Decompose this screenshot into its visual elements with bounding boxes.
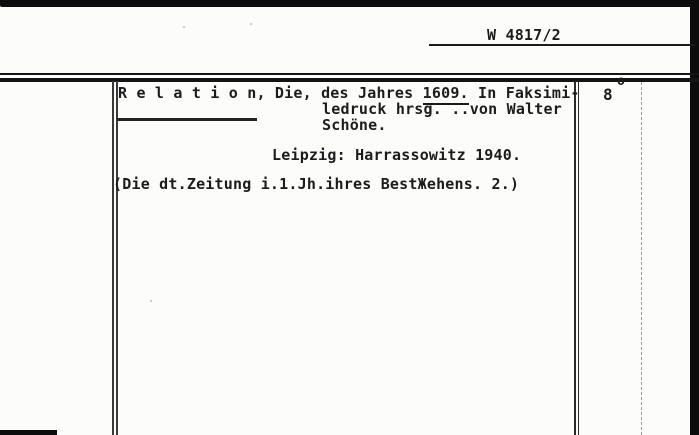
scan-edge-top-bar bbox=[0, 0, 699, 7]
title-continuation-line-2: Schöne. bbox=[322, 118, 387, 133]
title-continuation-line-1: ledruck hrsg. ..von Walter bbox=[322, 102, 562, 117]
header-rule-thin bbox=[0, 73, 699, 75]
left-margin-line-outer bbox=[112, 81, 114, 435]
scan-speck bbox=[250, 23, 252, 25]
left-margin-line-inner bbox=[116, 81, 118, 435]
scan-speck bbox=[183, 26, 185, 28]
call-number-underline bbox=[429, 44, 695, 46]
format-size-number: 8 bbox=[603, 87, 613, 102]
catalog-card-scan: W 4817/2 R e l a t i o n, Die, des Jahre… bbox=[0, 0, 699, 435]
scan-edge-bottom-left-bar bbox=[0, 430, 57, 435]
call-number: W 4817/2 bbox=[487, 28, 561, 43]
imprint-line: Leipzig: Harrassowitz 1940. bbox=[272, 148, 521, 163]
right-column-line-inner bbox=[578, 81, 580, 435]
scan-speck bbox=[477, 157, 479, 159]
right-faint-dashed-line bbox=[641, 82, 642, 435]
scan-edge-right-bar bbox=[690, 0, 699, 435]
scan-speck bbox=[150, 300, 152, 302]
series-note-line: (Die dt.Zeitung i.1.Jh.ihres BestЖehens.… bbox=[113, 177, 519, 192]
heading-word-underline bbox=[117, 118, 257, 121]
format-size-superscript: o bbox=[617, 74, 625, 89]
title-line: R e l a t i o n, Die, des Jahres 1609. I… bbox=[118, 86, 580, 101]
right-column-line-outer bbox=[574, 81, 576, 435]
header-rule-thick bbox=[0, 78, 699, 83]
